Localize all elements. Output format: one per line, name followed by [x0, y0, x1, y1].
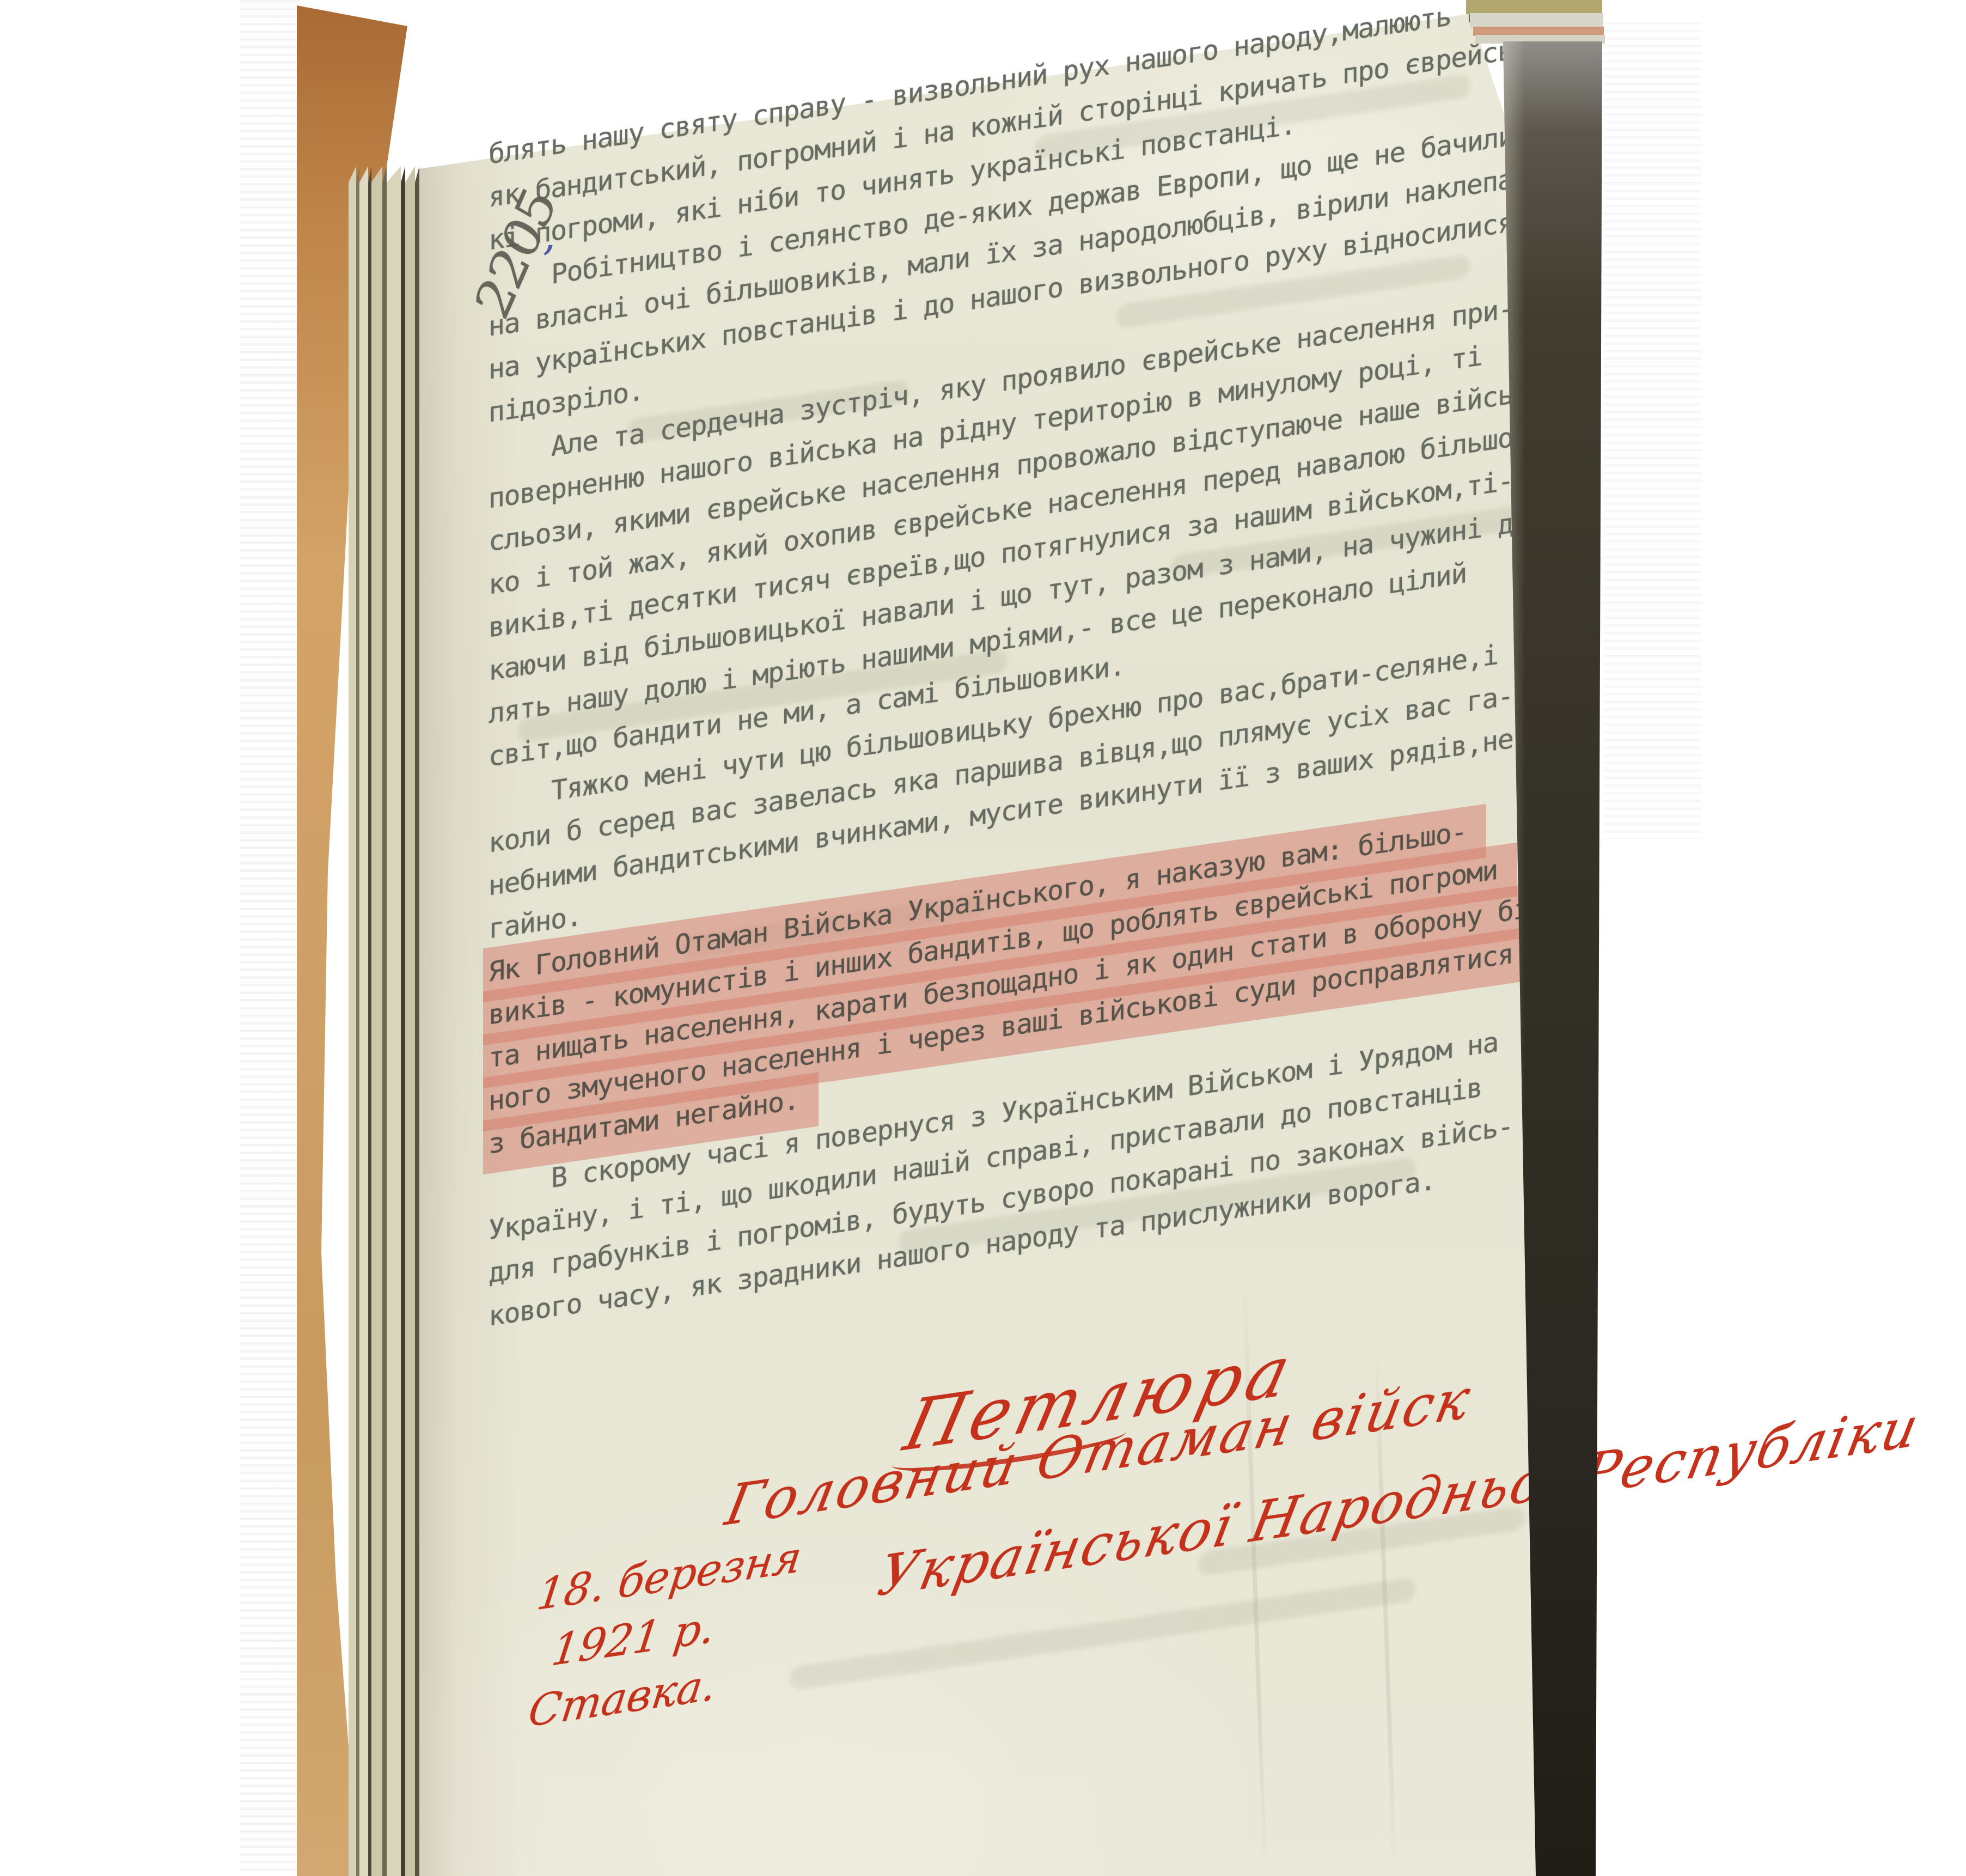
page-content-plane: блять нашу святу справу - визвольний рух…: [0, 0, 1966, 1876]
archival-document-photo: блять нашу святу справу - визвольний рух…: [0, 0, 1966, 1876]
handwritten-date-block: 18. березня 1921 р. Ставка.: [517, 1528, 805, 1743]
table-edge-strip-pale: [1470, 13, 1603, 28]
table-edge-strip-olive: [1466, 0, 1602, 14]
typed-text-block: блять нашу святу справу - визвольний рух…: [489, 0, 1605, 1338]
